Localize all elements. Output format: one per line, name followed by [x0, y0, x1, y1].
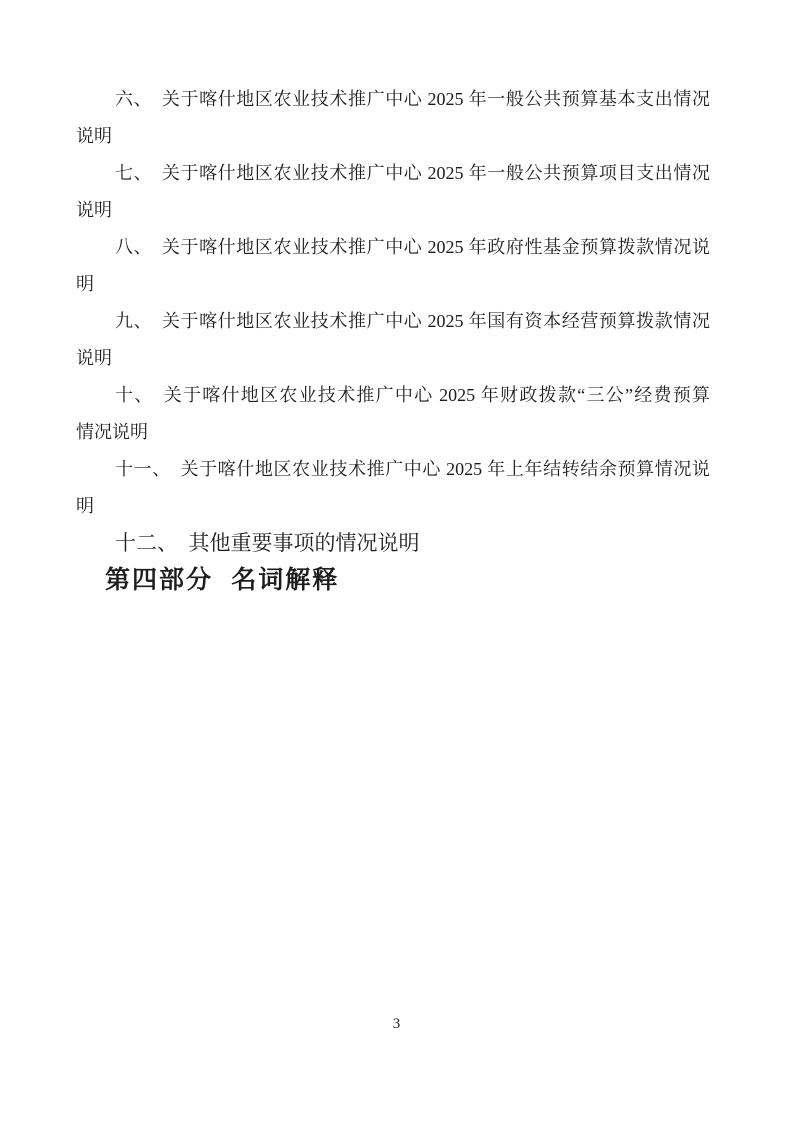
toc-entry-nine-line-2: 说明: [76, 340, 710, 377]
toc-entry-twelve-line-1: 十二、 其他重要事项的情况说明: [76, 525, 710, 562]
section-heading-part-four: 第四部分 名词解释: [76, 562, 710, 599]
document-page: 六、 关于喀什地区农业技术推广中心 2025 年一般公共预算基本支出情况 说明 …: [0, 0, 793, 1122]
toc-entry-eight-line-1: 八、 关于喀什地区农业技术推广中心 2025 年政府性基金预算拨款情况说: [76, 229, 710, 266]
toc-entry-ten-line-2: 情况说明: [76, 414, 710, 451]
page-number: 3: [0, 1014, 793, 1034]
toc-content: 六、 关于喀什地区农业技术推广中心 2025 年一般公共预算基本支出情况 说明 …: [76, 81, 710, 599]
toc-entry-six-line-1: 六、 关于喀什地区农业技术推广中心 2025 年一般公共预算基本支出情况: [76, 81, 710, 118]
toc-entry-seven-line-1: 七、 关于喀什地区农业技术推广中心 2025 年一般公共预算项目支出情况: [76, 155, 710, 192]
toc-entry-ten-line-1: 十、 关于喀什地区农业技术推广中心 2025 年财政拨款“三公”经费预算: [76, 377, 710, 414]
toc-entry-eleven-line-2: 明: [76, 488, 710, 525]
toc-entry-eight-line-2: 明: [76, 266, 710, 303]
toc-entry-six-line-2: 说明: [76, 118, 710, 155]
toc-entry-nine-line-1: 九、 关于喀什地区农业技术推广中心 2025 年国有资本经营预算拨款情况: [76, 303, 710, 340]
toc-entry-seven-line-2: 说明: [76, 192, 710, 229]
toc-entry-eleven-line-1: 十一、 关于喀什地区农业技术推广中心 2025 年上年结转结余预算情况说: [76, 451, 710, 488]
